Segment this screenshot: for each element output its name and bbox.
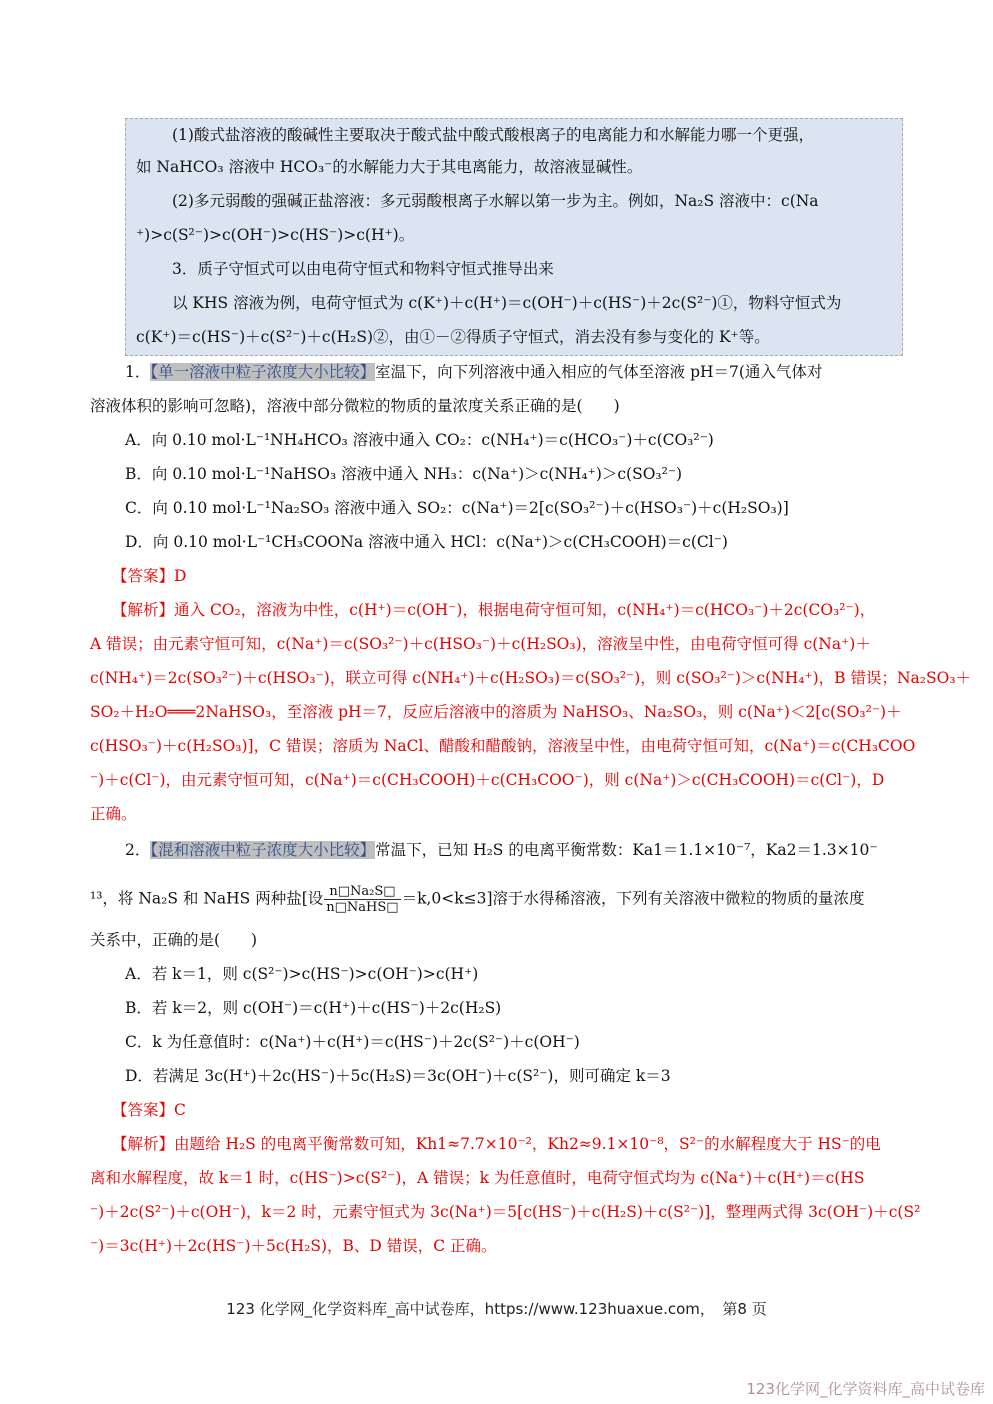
note-line: (1)酸式盐溶液的酸碱性主要取决于酸式盐中酸式酸根离子的电离能力和水解能力哪一个… xyxy=(172,125,814,145)
note-line: 3．质子守恒式可以由电荷守恒式和物料守恒式推导出来 xyxy=(172,259,554,279)
question-category-tag: 【混和溶液中粒子浓度大小比较】 xyxy=(150,841,375,859)
question-2-stem-line-2: ¹³，将 Na₂S 和 NaHS 两种盐[设n□Na₂S□n□NaHS□＝k,0… xyxy=(90,884,865,908)
fraction-denominator: n□NaHS□ xyxy=(324,900,400,915)
question-1-analysis-line: SO₂＋H₂O═══2NaHSO₃，至溶液 pH＝7，反应后溶液中的溶质为 Na… xyxy=(90,702,902,722)
note-line: 以 KHS 溶液为例，电荷守恒式为 c(K⁺)＋c(H⁺)＝c(OH⁻)＋c(H… xyxy=(172,293,841,313)
note-line: ⁺)>c(S²⁻)>c(OH⁻)>c(HS⁻)>c(H⁺)。 xyxy=(136,225,414,245)
question-2-option-b: B．若 k＝2，则 c(OH⁻)＝c(H⁺)＋c(HS⁻)＋2c(H₂S) xyxy=(125,998,501,1018)
question-2-stem-line-1: 2．【混和溶液中粒子浓度大小比较】常温下，已知 H₂S 的电离平衡常数：Ka1＝… xyxy=(125,840,878,860)
document-page: (1)酸式盐溶液的酸碱性主要取决于酸式盐中酸式酸根离子的电离能力和水解能力哪一个… xyxy=(0,0,993,1404)
question-1-analysis-line: 正确。 xyxy=(90,804,137,824)
question-1-stem-line-1: 1．【单一溶液中粒子浓度大小比较】室温下，向下列溶液中通入相应的气体至溶液 pH… xyxy=(125,362,822,382)
question-1-analysis-line: 【解析】通入 CO₂，溶液为中性，c(H⁺)＝c(OH⁻)，根据电荷守恒可知，c… xyxy=(112,600,875,620)
question-2-analysis-line: 【解析】由题给 H₂S 的电离平衡常数可知，Kh1≈7.7×10⁻²，Kh2≈9… xyxy=(112,1134,881,1154)
analysis-label: 【解析】 xyxy=(112,1135,174,1153)
answer-label: 【答案】 xyxy=(112,567,174,585)
analysis-text: 通入 CO₂，溶液为中性，c(H⁺)＝c(OH⁻)，根据电荷守恒可知，c(NH₄… xyxy=(174,601,875,619)
ratio-fraction: n□Na₂S□n□NaHS□ xyxy=(324,884,400,915)
answer-label: 【答案】 xyxy=(112,1101,174,1119)
question-number: 1． xyxy=(125,363,150,381)
answer-value: D xyxy=(174,567,186,585)
question-2-option-d: D．若满足 3c(H⁺)＋2c(HS⁻)＋5c(H₂S)＝3c(OH⁻)＋c(S… xyxy=(125,1066,671,1086)
question-1-analysis-line: c(NH₄⁺)＝2c(SO₃²⁻)＋c(HSO₃⁻)，联立可得 c(NH₄⁺)＋… xyxy=(90,668,971,688)
question-1-stem-line-2: 溶液体积的影响可忽略)，溶液中部分微粒的物质的量浓度关系正确的是( ) xyxy=(90,396,620,416)
question-1-analysis-line: A 错误；由元素守恒可知，c(Na⁺)＝c(SO₃²⁻)＋c(HSO₃⁻)＋c(… xyxy=(90,634,871,654)
question-stem: ＝k,0<k≤3]溶于水得稀溶液，下列有关溶液中微粒的物质的量浓度 xyxy=(402,890,865,908)
note-box: (1)酸式盐溶液的酸碱性主要取决于酸式盐中酸式酸根离子的电离能力和水解能力哪一个… xyxy=(125,118,903,356)
note-line: (2)多元弱酸的强碱正盐溶液：多元弱酸根离子水解以第一步为主。例如，Na₂S 溶… xyxy=(172,191,819,211)
question-stem: 室温下，向下列溶液中通入相应的气体至溶液 pH＝7(通入气体对 xyxy=(375,363,822,381)
question-2-analysis-line: 离和水解程度，故 k＝1 时，c(HS⁻)>c(S²⁻)，A 错误；k 为任意值… xyxy=(90,1168,864,1188)
question-1-option-c: C．向 0.10 mol·L⁻¹Na₂SO₃ 溶液中通入 SO₂：c(Na⁺)＝… xyxy=(125,498,789,518)
question-category-tag: 【单一溶液中粒子浓度大小比较】 xyxy=(150,363,375,381)
watermark: 123化学网_化学资料库_高中试卷库 xyxy=(746,1378,985,1399)
question-stem: ¹³，将 Na₂S 和 NaHS 两种盐[设 xyxy=(90,890,323,908)
page-footer: 123 化学网_化学资料库_高中试卷库，https://www.123huaxu… xyxy=(0,1298,993,1319)
question-number: 2． xyxy=(125,841,150,859)
analysis-label: 【解析】 xyxy=(112,601,174,619)
question-2-analysis-line: ⁻)＝3c(H⁺)＋2c(HS⁻)＋5c(H₂S)，B、D 错误，C 正确。 xyxy=(90,1236,497,1256)
question-1-analysis-line: ⁻)＋c(Cl⁻)，由元素守恒可知，c(Na⁺)＝c(CH₃COOH)＋c(CH… xyxy=(90,770,884,790)
question-1-option-d: D．向 0.10 mol·L⁻¹CH₃COONa 溶液中通入 HCl：c(Na⁺… xyxy=(125,532,728,552)
question-stem: 常温下，已知 H₂S 的电离平衡常数：Ka1＝1.1×10⁻⁷，Ka2＝1.3×… xyxy=(375,841,877,859)
question-2-stem-line-3: 关系中，正确的是( ) xyxy=(90,930,257,950)
question-2-answer: 【答案】C xyxy=(112,1100,186,1120)
fraction-numerator: n□Na₂S□ xyxy=(324,884,400,900)
question-1-option-b: B．向 0.10 mol·L⁻¹NaHSO₃ 溶液中通入 NH₃：c(Na⁺)＞… xyxy=(125,464,682,484)
question-2-analysis-line: ⁻)＋2c(S²⁻)＋c(OH⁻)，k＝2 时，元素守恒式为 3c(Na⁺)＝5… xyxy=(90,1202,920,1222)
analysis-text: 由题给 H₂S 的电离平衡常数可知，Kh1≈7.7×10⁻²，Kh2≈9.1×1… xyxy=(174,1135,881,1153)
question-1-analysis-line: c(HSO₃⁻)＋c(H₂SO₃)]，C 错误；溶质为 NaCl、醋酸和醋酸钠，… xyxy=(90,736,915,756)
question-1-option-a: A．向 0.10 mol·L⁻¹NH₄HCO₃ 溶液中通入 CO₂：c(NH₄⁺… xyxy=(125,430,714,450)
answer-value: C xyxy=(174,1101,186,1119)
question-2-option-c: C．k 为任意值时：c(Na⁺)＋c(H⁺)＝c(HS⁻)＋2c(S²⁻)＋c(… xyxy=(125,1032,580,1052)
note-line: 如 NaHCO₃ 溶液中 HCO₃⁻的水解能力大于其电离能力，故溶液显碱性。 xyxy=(136,157,642,177)
note-line: c(K⁺)＝c(HS⁻)＋c(S²⁻)＋c(H₂S)②，由①－②得质子守恒式，消… xyxy=(136,327,770,347)
question-2-option-a: A．若 k＝1，则 c(S²⁻)>c(HS⁻)>c(OH⁻)>c(H⁺) xyxy=(125,964,478,984)
question-1-answer: 【答案】D xyxy=(112,566,186,586)
